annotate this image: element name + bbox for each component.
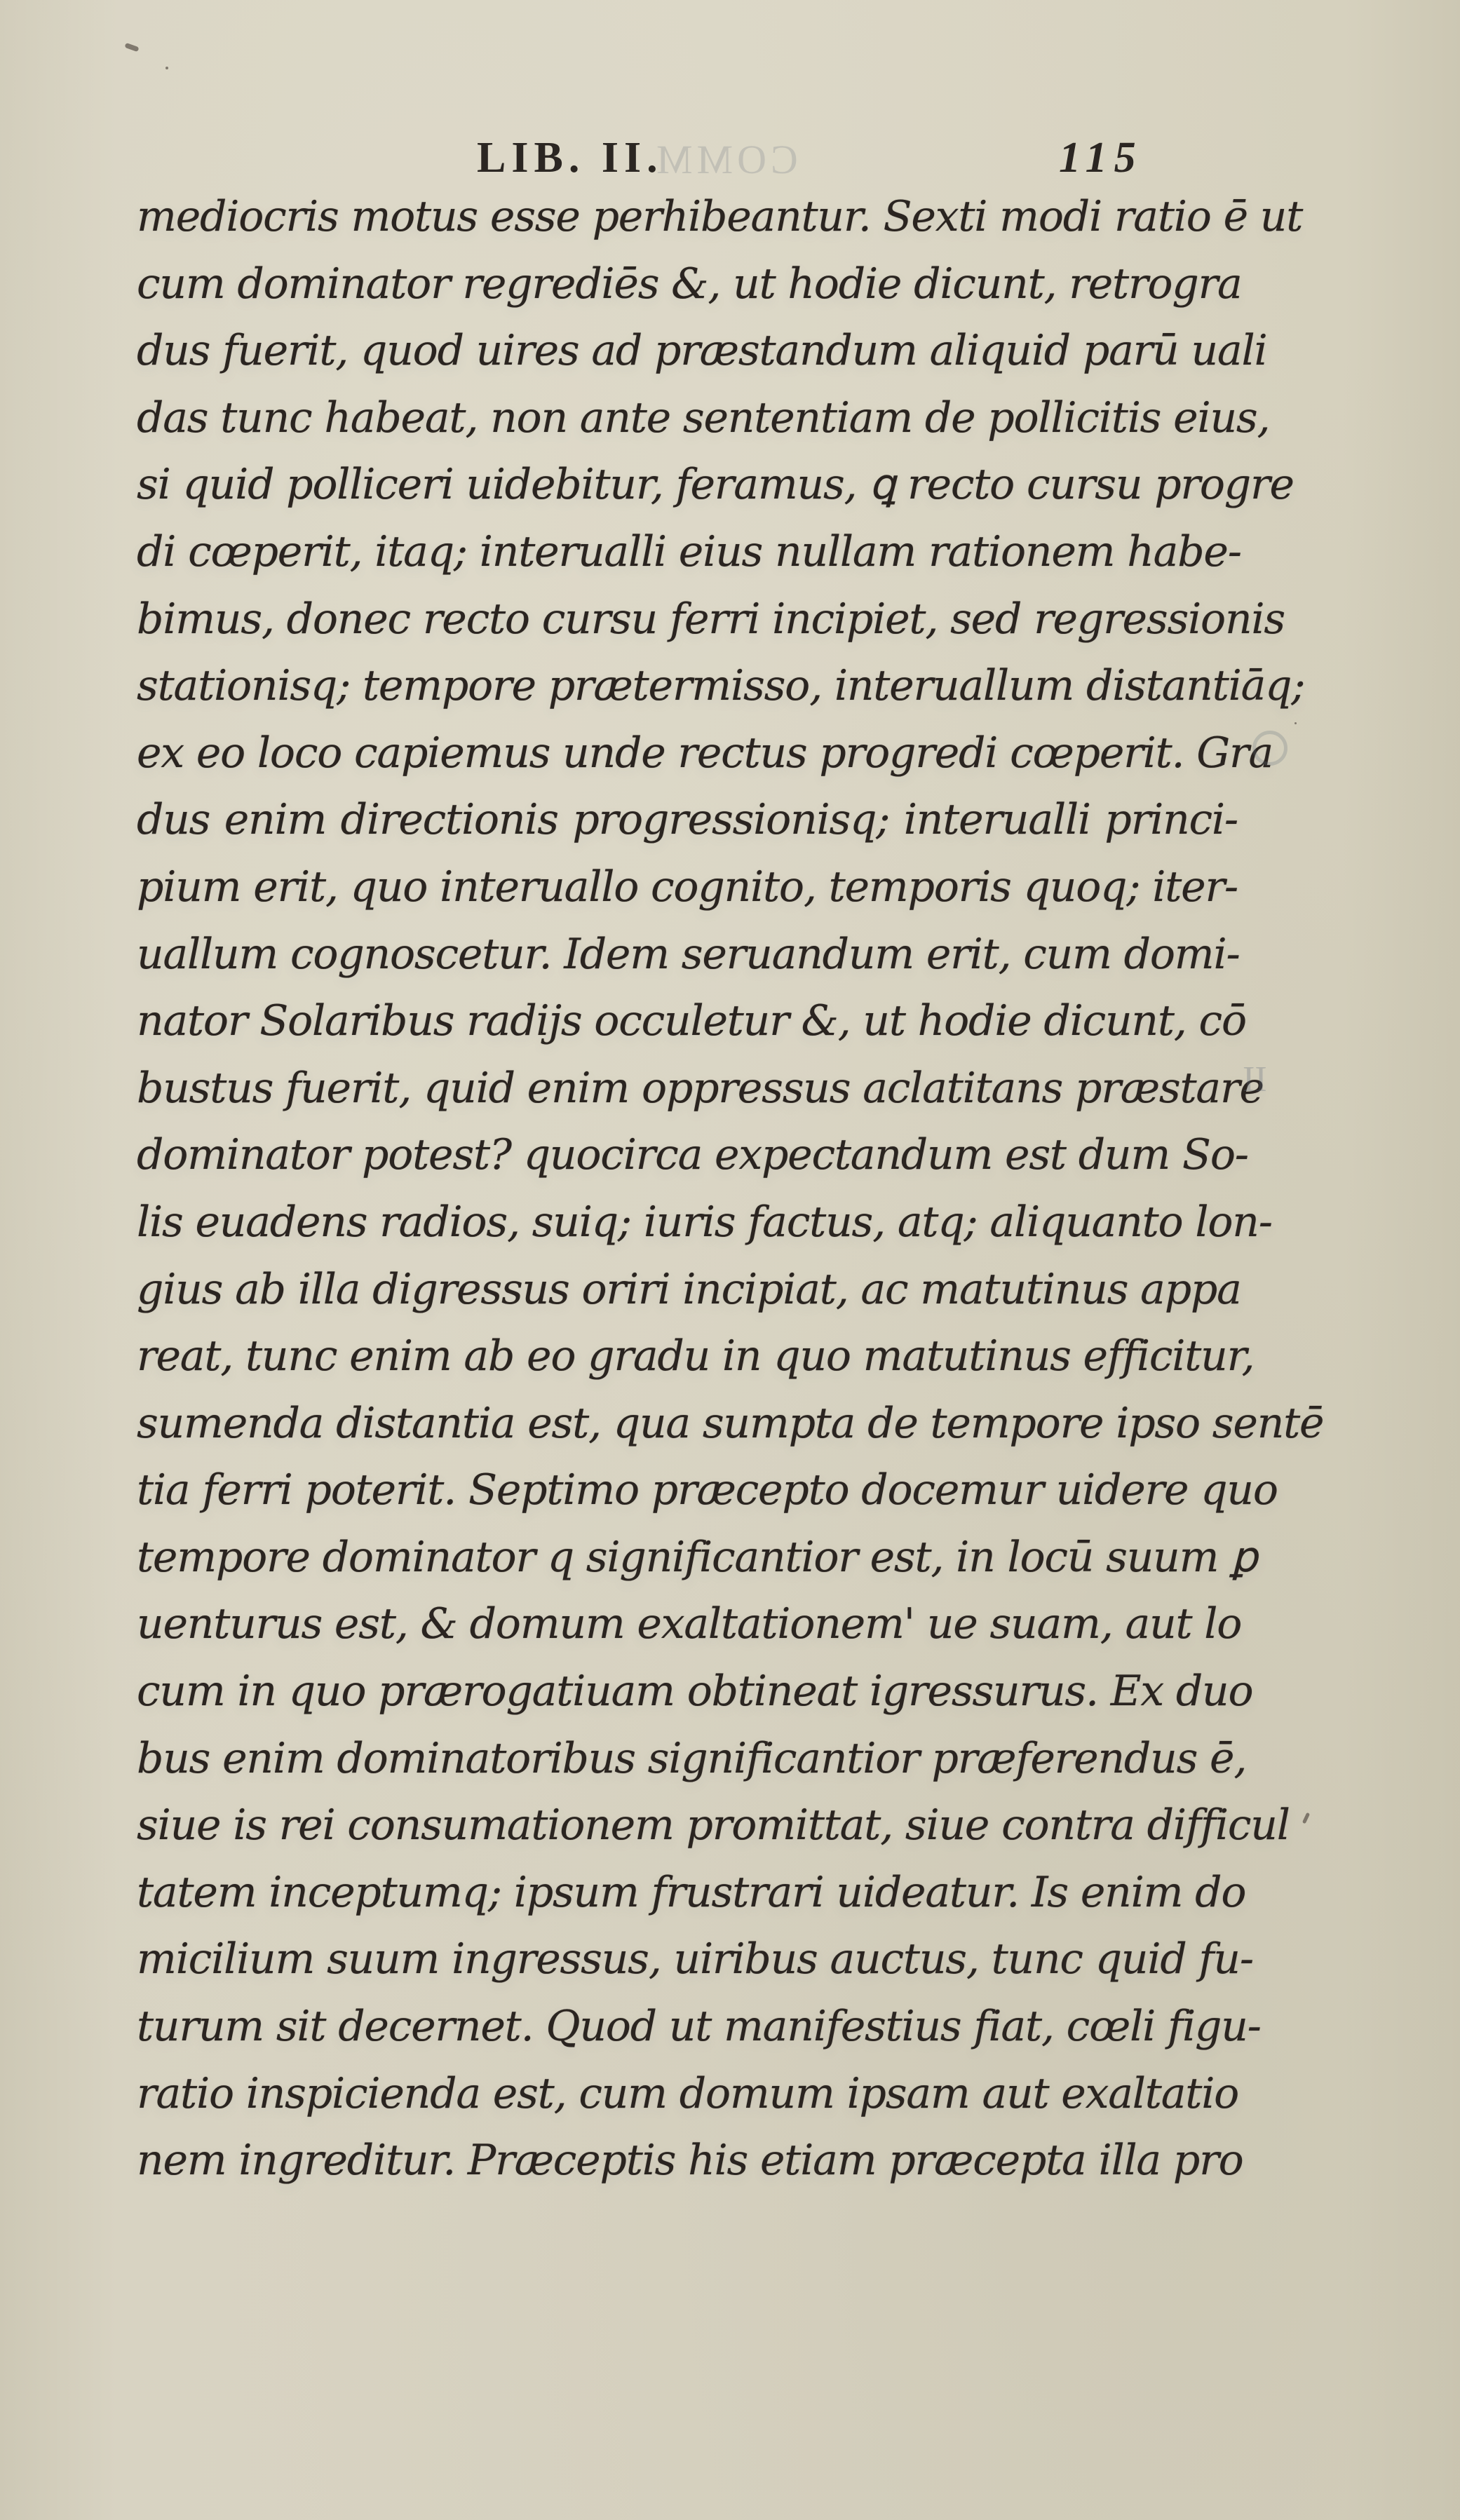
text-line: lis euadens radios, suiq; iuris factus, … — [137, 1189, 1238, 1256]
text-line: dominator potest? quocirca expectandum e… — [137, 1122, 1238, 1189]
text-line: tempore dominator q significantior est, … — [137, 1524, 1238, 1592]
text-line: mediocris motus esse perhibeantur. Sexti… — [137, 184, 1238, 251]
text-line: stationisq; tempore prætermisso, interua… — [137, 653, 1238, 720]
text-line: das tunc habeat, non ante sententiam de … — [137, 385, 1238, 452]
show-through-margin-mark: II — [1243, 1059, 1267, 1100]
show-through-ring-mark — [1252, 731, 1287, 766]
text-line: ratio inspicienda est, cum domum ipsam a… — [137, 2061, 1238, 2128]
text-line: reat, tunc enim ab eo gradu in quo matut… — [137, 1323, 1238, 1390]
text-line: si quid polliceri uidebitur, feramus, ꝗ … — [137, 452, 1238, 519]
page-number: 115 — [1059, 133, 1143, 183]
text-line: micilium suum ingressus, uiribus auctus,… — [137, 1926, 1238, 1993]
show-through-text: COMM — [652, 136, 798, 183]
text-line: turum sit decernet. Quod ut manifestius … — [137, 1993, 1238, 2061]
text-line: cum dominator regrediēs &, ut hodie dicu… — [137, 251, 1238, 318]
text-line: bustus fuerit, quid enim oppressus aclat… — [137, 1055, 1238, 1123]
text-line: uenturus est, & domum exaltationem' ue s… — [137, 1591, 1238, 1658]
paper-speck — [165, 67, 168, 69]
text-line: tatem inceptumq; ipsum frustrari uideatu… — [137, 1859, 1238, 1927]
text-line: gius ab illa digressus oriri incipiat, a… — [137, 1256, 1238, 1324]
text-line: pium erit, quo interuallo cognito, tempo… — [137, 854, 1238, 921]
paper-speck — [1295, 722, 1297, 724]
text-line: bimus, donec recto cursu ferri incipiet,… — [137, 586, 1238, 653]
text-line: siue is rei consumationem promittat, siu… — [137, 1792, 1238, 1859]
paper-speck — [1302, 1813, 1310, 1824]
text-line: sumenda distantia est, qua sumpta de tem… — [137, 1390, 1238, 1458]
text-line: uallum cognoscetur. Idem seruandum erit,… — [137, 921, 1238, 989]
text-line: di cœperit, itaq; interualli eius nullam… — [137, 519, 1238, 586]
text-line: dus enim directionis progressionisq; int… — [137, 787, 1238, 854]
text-line: nem ingreditur. Præceptis his etiam præc… — [137, 2127, 1238, 2195]
page-header: COMM LIB. II. 115 — [0, 133, 1460, 189]
text-line: cum in quo prærogatiuam obtineat igressu… — [137, 1658, 1238, 1726]
text-line: nator Solaribus radijs occuletur &, ut h… — [137, 988, 1238, 1055]
text-line: dus fuerit, quod uires ad præstandum ali… — [137, 318, 1238, 385]
book-page: COMM LIB. II. 115 mediocris motus esse p… — [0, 0, 1460, 2520]
paper-speck — [124, 43, 139, 52]
running-head: LIB. II. — [477, 133, 663, 183]
text-line: bus enim dominatoribus significantior pr… — [137, 1726, 1238, 1793]
text-line: tia ferri poterit. Septimo præcepto doce… — [137, 1457, 1238, 1524]
body-text: mediocris motus esse perhibeantur. Sexti… — [137, 184, 1238, 2195]
text-line: ex eo loco capiemus unde rectus progredi… — [137, 720, 1238, 787]
